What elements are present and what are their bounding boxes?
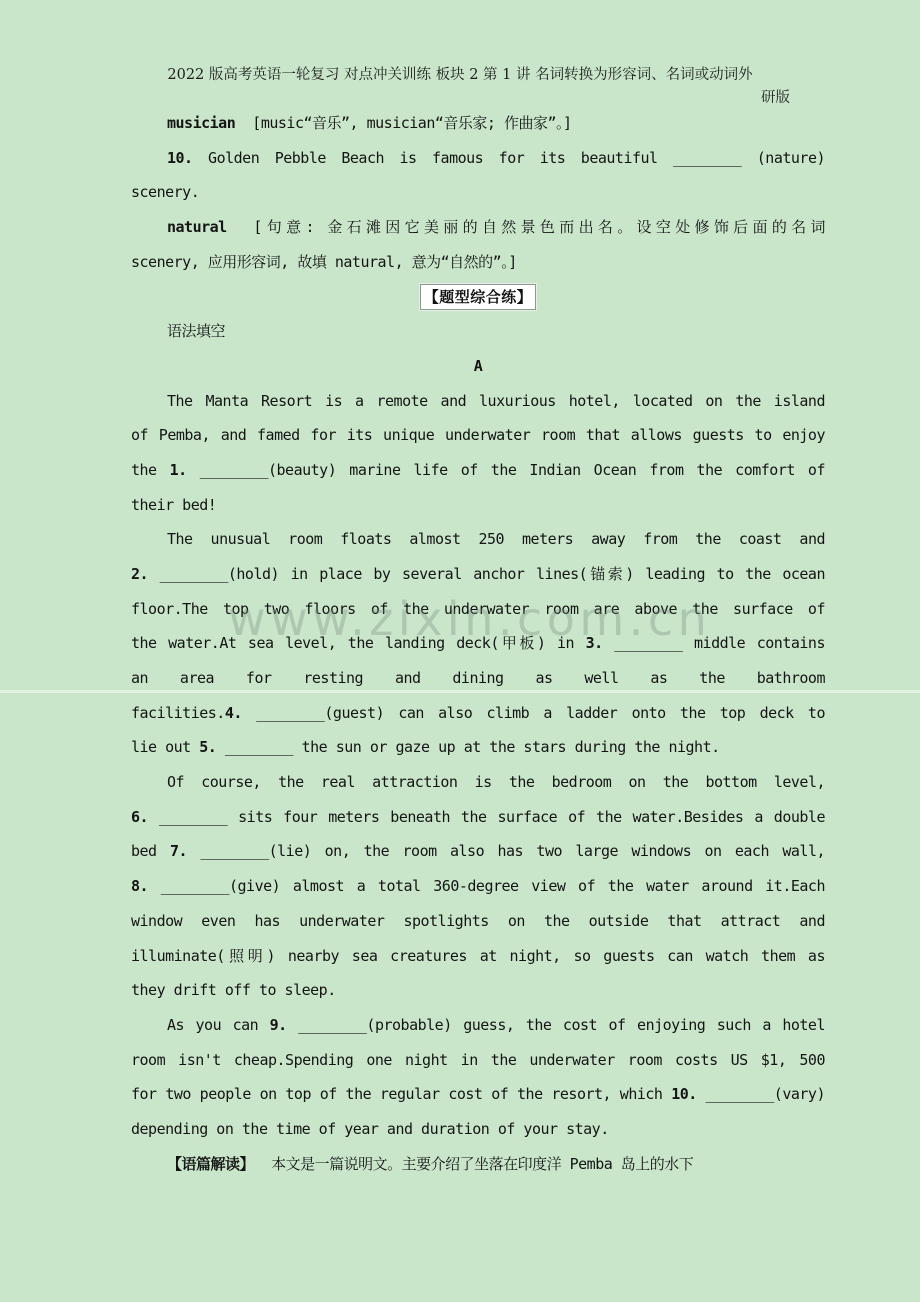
text-segment: ________(lie) on, the room also has two … (187, 842, 825, 860)
body-lines-top: musician [music“音乐”, musician“音乐家; 作曲家”。… (131, 106, 825, 279)
document-body: musician [music“音乐”, musician“音乐家; 作曲家”。… (131, 106, 825, 1181)
text-segment: Golden Pebble Beach is famous for its be… (193, 149, 825, 167)
bold-text-segment: 【语篇解读】 (167, 1155, 254, 1173)
text-segment: ________(give) almost a total 360-degree… (148, 877, 825, 895)
text-segment: As you can (167, 1016, 270, 1034)
text-segment: [music“音乐”, musician“音乐家; 作曲家”。] (235, 114, 571, 132)
text-segment: The unusual room floats almost 250 meter… (167, 530, 825, 548)
text-segment: [句意: 金石滩因它美丽的自然景色而出名。设空处修饰后面的名词 (227, 218, 825, 236)
text-line: Of course, the real attraction is the be… (131, 765, 825, 800)
text-segment: ________ sits four meters beneath the su… (148, 808, 825, 826)
bold-text-segment: 5. (199, 738, 216, 756)
bold-text-segment: 10. (167, 149, 193, 167)
section-badge-row: 【题型综合练】 (131, 279, 825, 314)
section-badge: 【题型综合练】 (420, 284, 537, 310)
bold-text-segment: 6. (131, 808, 148, 826)
text-line: depending on the time of year and durati… (131, 1112, 825, 1147)
text-segment: ________(probable) guess, the cost of en… (287, 1016, 825, 1034)
bold-text-segment: 1. (170, 461, 187, 479)
text-segment: 本文是一篇说明文。主要介绍了坐落在印度洋 Pemba 岛上的水下 (254, 1155, 693, 1173)
text-line: 语法填空 (131, 314, 825, 349)
text-segment: bed (131, 842, 170, 860)
text-line: 8. ________(give) almost a total 360-deg… (131, 869, 825, 904)
page-seam-divider (0, 690, 920, 693)
text-segment: ________ the sun or gaze up at the stars… (216, 738, 719, 756)
text-line: 10. Golden Pebble Beach is famous for it… (131, 141, 825, 176)
text-segment: the (131, 461, 170, 479)
text-line: 【语篇解读】 本文是一篇说明文。主要介绍了坐落在印度洋 Pemba 岛上的水下 (131, 1147, 825, 1182)
bold-text-segment: A (474, 357, 483, 375)
text-line: bed 7. ________(lie) on, the room also h… (131, 834, 825, 869)
text-segment: ________(beauty) marine life of the Indi… (187, 461, 825, 479)
text-segment: Of course, the real attraction is the be… (167, 773, 825, 791)
body-lines-bottom: 语法填空AThe Manta Resort is a remote and lu… (131, 314, 825, 1181)
text-line: 6. ________ sits four meters beneath the… (131, 800, 825, 835)
text-segment: of Pemba, and famed for its unique under… (131, 426, 825, 444)
text-line: A (131, 349, 825, 384)
text-line: window even has underwater spotlights on… (131, 904, 825, 939)
text-segment: facilities. (131, 704, 225, 722)
text-line: facilities.4. ________(guest) can also c… (131, 696, 825, 731)
text-segment: ________(vary) (697, 1085, 825, 1103)
text-line: their bed! (131, 488, 825, 523)
text-line: musician [music“音乐”, musician“音乐家; 作曲家”。… (131, 106, 825, 141)
text-line: of Pemba, and famed for its unique under… (131, 418, 825, 453)
text-segment: illuminate(照明) nearby sea creatures at n… (131, 947, 825, 965)
text-line: As you can 9. ________(probable) guess, … (131, 1008, 825, 1043)
text-line: The Manta Resort is a remote and luxurio… (131, 384, 825, 419)
bold-text-segment: 10. (671, 1085, 697, 1103)
text-segment: 语法填空 (167, 322, 225, 340)
text-segment: scenery, 应用形容词, 故填 natural, 意为“自然的”。] (131, 253, 517, 271)
text-segment: floor.The top two floors of the underwat… (131, 600, 825, 618)
bold-text-segment: 4. (225, 704, 242, 722)
bold-text-segment: 3. (586, 634, 603, 652)
text-line: The unusual room floats almost 250 meter… (131, 522, 825, 557)
text-line: natural [句意: 金石滩因它美丽的自然景色而出名。设空处修饰后面的名词 (131, 210, 825, 245)
bold-text-segment: 8. (131, 877, 148, 895)
text-segment: ________(guest) can also climb a ladder … (242, 704, 825, 722)
page-header: 2022 版高考英语一轮复习 对点冲关训练 板块 2 第 1 讲 名词转换为形容… (0, 64, 920, 110)
text-line: lie out 5. ________ the sun or gaze up a… (131, 730, 825, 765)
bold-text-segment: 2. (131, 565, 148, 583)
header-title-line1: 2022 版高考英语一轮复习 对点冲关训练 板块 2 第 1 讲 名词转换为形容… (0, 64, 920, 87)
text-segment: for two people on top of the regular cos… (131, 1085, 671, 1103)
text-line: room isn't cheap.Spending one night in t… (131, 1043, 825, 1078)
text-line: scenery, 应用形容词, 故填 natural, 意为“自然的”。] (131, 245, 825, 280)
text-segment: window even has underwater spotlights on… (131, 912, 825, 930)
text-segment: ________(hold) in place by several ancho… (148, 565, 825, 583)
text-line: illuminate(照明) nearby sea creatures at n… (131, 939, 825, 974)
text-segment: room isn't cheap.Spending one night in t… (131, 1051, 825, 1069)
text-segment: depending on the time of year and durati… (131, 1120, 609, 1138)
text-segment: ________ middle contains (603, 634, 825, 652)
text-segment: they drift off to sleep. (131, 981, 336, 999)
text-line: for two people on top of the regular cos… (131, 1077, 825, 1112)
text-line: floor.The top two floors of the underwat… (131, 592, 825, 627)
text-segment: an area for resting and dining as well a… (131, 669, 825, 687)
text-segment: scenery. (131, 183, 199, 201)
text-segment: The Manta Resort is a remote and luxurio… (167, 392, 825, 410)
bold-text-segment: natural (167, 218, 227, 236)
bold-text-segment: 7. (170, 842, 187, 860)
text-segment: their bed! (131, 496, 216, 514)
text-segment: lie out (131, 738, 199, 756)
text-segment: the water.At sea level, the landing deck… (131, 634, 586, 652)
text-line: the water.At sea level, the landing deck… (131, 626, 825, 661)
document-page: 2022 版高考英语一轮复习 对点冲关训练 板块 2 第 1 讲 名词转换为形容… (0, 0, 920, 1302)
text-line: they drift off to sleep. (131, 973, 825, 1008)
bold-text-segment: musician (167, 114, 235, 132)
bold-text-segment: 9. (270, 1016, 287, 1034)
text-line: 2. ________(hold) in place by several an… (131, 557, 825, 592)
text-line: the 1. ________(beauty) marine life of t… (131, 453, 825, 488)
text-line: scenery. (131, 175, 825, 210)
